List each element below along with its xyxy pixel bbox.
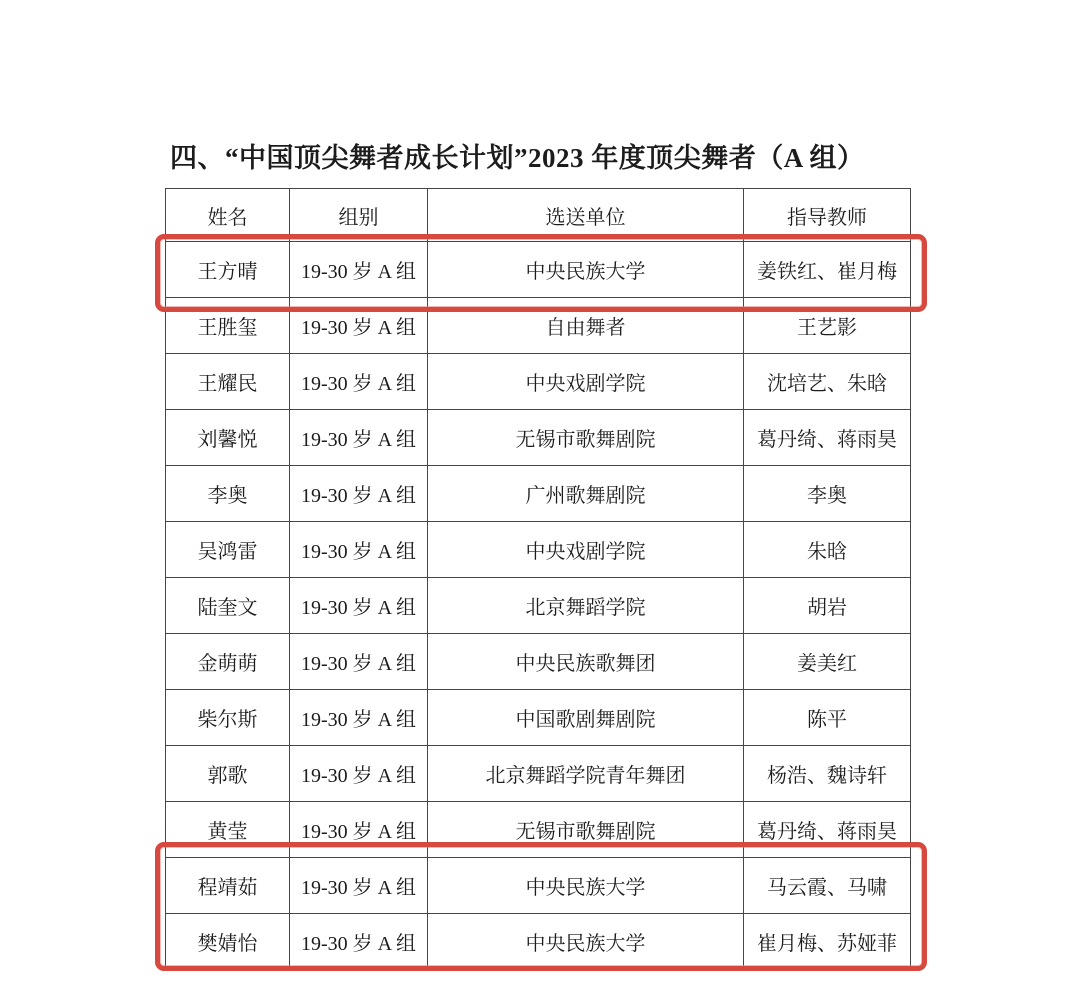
cell-group: 19-30 岁 A 组: [290, 746, 428, 802]
cell-name: 刘馨悦: [166, 410, 290, 466]
cell-unit: 中央民族歌舞团: [428, 634, 744, 690]
page-title: 四、“中国顶尖舞者成长计划”2023 年度顶尖舞者（A 组）: [170, 136, 865, 175]
cell-group: 19-30 岁 A 组: [290, 242, 428, 298]
cell-teacher: 李奥: [744, 466, 911, 522]
cell-teacher: 姜铁红、崔月梅: [744, 242, 911, 298]
table-row: 柴尔斯 19-30 岁 A 组 中国歌剧舞剧院 陈平: [166, 690, 911, 746]
cell-group: 19-30 岁 A 组: [290, 410, 428, 466]
table-row: 李奥 19-30 岁 A 组 广州歌舞剧院 李奥: [166, 466, 911, 522]
cell-unit: 中央民族大学: [428, 242, 744, 298]
cell-unit: 中央戏剧学院: [428, 354, 744, 410]
cell-teacher: 姜美红: [744, 634, 911, 690]
cell-name: 黄莹: [166, 802, 290, 858]
cell-name: 金萌萌: [166, 634, 290, 690]
cell-teacher: 葛丹绮、蒋雨昊: [744, 802, 911, 858]
table-row: 吴鸿雷 19-30 岁 A 组 中央戏剧学院 朱晗: [166, 522, 911, 578]
cell-name: 吴鸿雷: [166, 522, 290, 578]
cell-unit: 无锡市歌舞剧院: [428, 410, 744, 466]
cell-name: 郭歌: [166, 746, 290, 802]
cell-group: 19-30 岁 A 组: [290, 578, 428, 634]
cell-unit: 无锡市歌舞剧院: [428, 802, 744, 858]
column-header-group: 组别: [290, 189, 428, 242]
cell-group: 19-30 岁 A 组: [290, 354, 428, 410]
cell-name: 樊婧怡: [166, 914, 290, 970]
cell-unit: 中央民族大学: [428, 914, 744, 970]
cell-group: 19-30 岁 A 组: [290, 914, 428, 970]
table-row: 樊婧怡 19-30 岁 A 组 中央民族大学 崔月梅、苏娅菲: [166, 914, 911, 970]
cell-teacher: 崔月梅、苏娅菲: [744, 914, 911, 970]
column-header-name: 姓名: [166, 189, 290, 242]
cell-unit: 自由舞者: [428, 298, 744, 354]
table-row: 王胜玺 19-30 岁 A 组 自由舞者 王艺影: [166, 298, 911, 354]
cell-teacher: 马云霞、马啸: [744, 858, 911, 914]
cell-group: 19-30 岁 A 组: [290, 634, 428, 690]
cell-teacher: 沈培艺、朱晗: [744, 354, 911, 410]
cell-unit: 中央民族大学: [428, 858, 744, 914]
cell-unit: 广州歌舞剧院: [428, 466, 744, 522]
cell-teacher: 葛丹绮、蒋雨昊: [744, 410, 911, 466]
table-header-row: 姓名 组别 选送单位 指导教师: [166, 189, 911, 242]
table-row: 王方晴 19-30 岁 A 组 中央民族大学 姜铁红、崔月梅: [166, 242, 911, 298]
cell-unit: 北京舞蹈学院青年舞团: [428, 746, 744, 802]
cell-name: 王方晴: [166, 242, 290, 298]
cell-group: 19-30 岁 A 组: [290, 858, 428, 914]
cell-unit: 中央戏剧学院: [428, 522, 744, 578]
cell-group: 19-30 岁 A 组: [290, 802, 428, 858]
cell-group: 19-30 岁 A 组: [290, 690, 428, 746]
cell-name: 李奥: [166, 466, 290, 522]
cell-name: 王耀民: [166, 354, 290, 410]
cell-teacher: 王艺影: [744, 298, 911, 354]
cell-teacher: 陈平: [744, 690, 911, 746]
cell-name: 柴尔斯: [166, 690, 290, 746]
dancers-table: 姓名 组别 选送单位 指导教师 王方晴 19-30 岁 A 组 中央民族大学 姜…: [165, 188, 911, 970]
table-row: 陆奎文 19-30 岁 A 组 北京舞蹈学院 胡岩: [166, 578, 911, 634]
table-row: 金萌萌 19-30 岁 A 组 中央民族歌舞团 姜美红: [166, 634, 911, 690]
table-row: 程靖茹 19-30 岁 A 组 中央民族大学 马云霞、马啸: [166, 858, 911, 914]
cell-teacher: 杨浩、魏诗轩: [744, 746, 911, 802]
cell-group: 19-30 岁 A 组: [290, 466, 428, 522]
cell-name: 陆奎文: [166, 578, 290, 634]
cell-group: 19-30 岁 A 组: [290, 522, 428, 578]
cell-teacher: 朱晗: [744, 522, 911, 578]
cell-teacher: 胡岩: [744, 578, 911, 634]
table-row: 刘馨悦 19-30 岁 A 组 无锡市歌舞剧院 葛丹绮、蒋雨昊: [166, 410, 911, 466]
cell-unit: 中国歌剧舞剧院: [428, 690, 744, 746]
column-header-unit: 选送单位: [428, 189, 744, 242]
column-header-teacher: 指导教师: [744, 189, 911, 242]
table-row: 王耀民 19-30 岁 A 组 中央戏剧学院 沈培艺、朱晗: [166, 354, 911, 410]
table-row: 黄莹 19-30 岁 A 组 无锡市歌舞剧院 葛丹绮、蒋雨昊: [166, 802, 911, 858]
table-row: 郭歌 19-30 岁 A 组 北京舞蹈学院青年舞团 杨浩、魏诗轩: [166, 746, 911, 802]
cell-group: 19-30 岁 A 组: [290, 298, 428, 354]
cell-name: 程靖茹: [166, 858, 290, 914]
document-page: 四、“中国顶尖舞者成长计划”2023 年度顶尖舞者（A 组） 姓名 组别 选送单…: [0, 0, 1080, 1002]
cell-name: 王胜玺: [166, 298, 290, 354]
cell-unit: 北京舞蹈学院: [428, 578, 744, 634]
